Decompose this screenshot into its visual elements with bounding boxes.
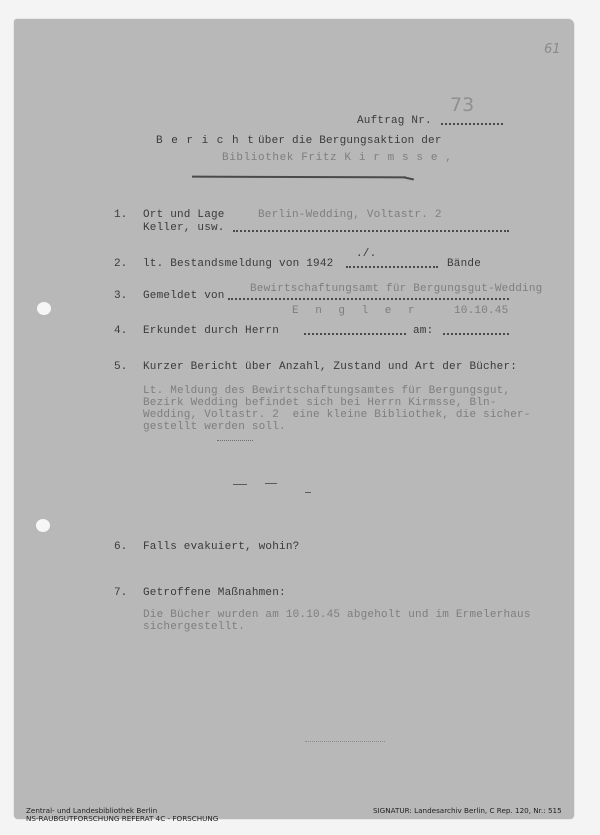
item-1-label-line1: Ort und Lage [143,209,225,221]
item-3-name: E n g l e r [292,305,420,317]
item-3-dots [228,298,509,300]
stray-dots [217,440,253,441]
library-name: Bibliothek Fritz K i r m s s e , [222,152,452,164]
item-3-number: 3. [114,290,127,302]
footer-department: NS-RAUBGUTFORSCHUNG REFERAT 4C - FORSCHU… [26,815,218,823]
title-rest: über die Bergungsaktion der [258,135,442,147]
item-1-value: Berlin-Wedding, Voltastr. 2 [258,209,442,221]
item-7-number: 7. [114,587,127,599]
item-1-label-line2: Keller, usw. [143,222,225,234]
item-4-date-dots [443,333,509,335]
item-4-dots [304,333,406,335]
item-5-body-line3: Wedding, Voltastr. 2 eine kleine Bibliot… [143,409,531,421]
item-7-body-line1: Die Bücher wurden am 10.10.45 abgeholt u… [143,609,531,621]
item-2-value: ./. [356,248,376,260]
item-2-suffix: Bände [447,258,481,270]
item-5-body-line2: Bezirk Wedding befindet sich bei Herrn K… [143,397,497,409]
stray-mark-1 [233,484,247,485]
order-number-dots [441,123,503,125]
punch-hole-top [37,302,51,315]
item-2-label: lt. Bestandsmeldung von 1942 [143,258,333,270]
signature-dots [305,741,385,742]
item-3-date: 10.10.45 [454,305,508,317]
item-6-label: Falls evakuiert, wohin? [143,541,299,553]
punch-hole-bottom [36,519,50,532]
item-1-number: 1. [114,209,127,221]
item-6-number: 6. [114,541,127,553]
item-4-date-label: am: [413,325,433,337]
order-label: Auftrag Nr. [357,115,432,127]
item-7-label: Getroffene Maßnahmen: [143,587,286,599]
item-5-body-line4: gestellt werden soll. [143,421,286,433]
item-3-label: Gemeldet von [143,290,225,302]
footer-signature: SIGNATUR: Landesarchiv Berlin, C Rep. 12… [373,807,562,815]
item-4-label: Erkundet durch Herrn [143,325,279,337]
order-number-handwritten: 73 [450,94,474,116]
item-2-dots [346,266,438,268]
page-number-handwritten: 61 [544,42,561,57]
item-7-body-line2: sichergestellt. [143,621,245,633]
item-2-number: 2. [114,258,127,270]
item-4-number: 4. [114,325,127,337]
stray-mark-2 [265,483,277,484]
stray-mark-3 [305,492,311,493]
item-5-label: Kurzer Bericht über Anzahl, Zustand und … [143,361,517,373]
item-3-value-line1: Bewirtschaftungsamt für Bergungsgut-Wedd… [250,283,542,295]
title-spaced: B e r i c h t [156,135,255,147]
item-5-number: 5. [114,361,127,373]
item-1-dots [233,230,509,232]
item-5-body-line1: Lt. Meldung des Bewirtschaftungsamtes fü… [143,385,510,397]
